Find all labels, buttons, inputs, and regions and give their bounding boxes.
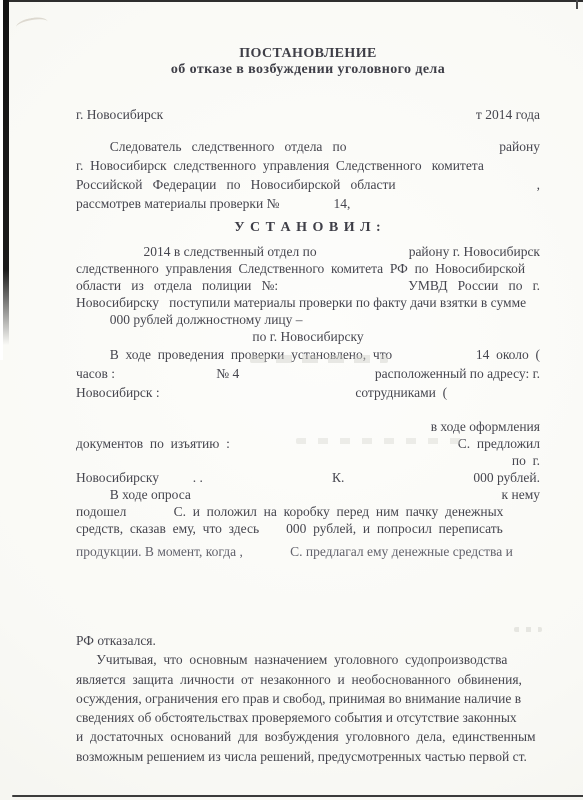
doc-line: 000 рублей должностному лицу – [76, 311, 540, 328]
document-subtitle: об отказе в возбуждении уголовного дела [76, 62, 540, 78]
doc-line: осуждения, ограничения его прав и свобод… [76, 689, 540, 708]
doc-line: является защита личности от незаконного … [76, 670, 540, 689]
doc-line: средств, сказав ему, что здесь 000 рубле… [76, 520, 540, 537]
doc-line-text: УМВД России по г. [408, 277, 540, 294]
preamble-paragraph: Следователь следственного отдела по райо… [76, 137, 540, 213]
doc-line: Российской Федерации по Новосибирской об… [76, 175, 540, 194]
doc-line-right: в ходе оформления [76, 418, 540, 435]
whiteout-ghost-mark [296, 438, 464, 444]
doc-line-text: Российской Федерации по Новосибирской об… [76, 175, 396, 194]
whiteout-ghost-mark [514, 627, 542, 632]
doc-line-text: району г. Новосибирск [409, 243, 540, 260]
document-place: г. Новосибирск [76, 105, 163, 124]
scanned-document-page: ПОСТАНОВЛЕНИЕ об отказе в возбуждении уг… [0, 0, 583, 800]
doc-line: подошел С. и положил на коробку перед ни… [76, 503, 540, 520]
document-title: ПОСТАНОВЛЕНИЕ [76, 46, 540, 62]
doc-line: сведениях об обстоятельствах проверяемог… [76, 708, 540, 727]
doc-line-text: Следователь следственного отдела по [76, 137, 347, 156]
doc-line-text: району [499, 137, 540, 156]
document-content: ПОСТАНОВЛЕНИЕ об отказе в возбуждении уг… [0, 0, 583, 766]
doc-line-text: К. [332, 469, 344, 486]
doc-line-text: В ходе опроса [76, 486, 191, 503]
whiteout-ghost-mark [250, 355, 388, 363]
doc-line: следственного управления Следственного к… [76, 260, 540, 277]
doc-line: РФ отказался. [76, 631, 540, 650]
doc-line: В ходе опроса к нему [76, 486, 540, 503]
doc-line-text: документов по изъятию : [76, 435, 230, 452]
doc-line: 2014 в следственный отдел по району г. Н… [76, 243, 540, 260]
doc-line: Следователь следственного отдела по райо… [76, 137, 540, 156]
doc-line-text: 14 около ( [476, 345, 540, 364]
doc-line: рассмотрев материалы проверки № 14, [76, 194, 540, 213]
doc-line-faded: продукции. В момент, когда , С. предлага… [76, 543, 540, 560]
doc-line-text: 000 рублей. [473, 469, 540, 486]
doc-line-text: к нему [502, 486, 540, 503]
document-date: т 2014 года [476, 105, 540, 124]
doc-line: г. Новосибирск следственного управления … [76, 156, 540, 175]
doc-line-text: часов : № 4 [76, 364, 239, 383]
doc-line: области из отдела полиции №: УМВД России… [76, 277, 540, 294]
doc-line-text: , [537, 175, 540, 194]
doc-line: возможным решением из числа решений, пре… [76, 747, 540, 766]
doc-line: Учитывая, что основным назначением уголо… [76, 650, 540, 669]
doc-line-text: области из отдела полиции №: [76, 277, 278, 294]
doc-line-text: 2014 в следственный отдел по [76, 243, 317, 260]
place-date-row: г. Новосибирск т 2014 года [76, 105, 540, 124]
doc-line: часов : № 4 расположенный по адресу: г. [76, 364, 540, 383]
scan-edge-left-strip [3, 0, 9, 345]
doc-line: Новосибирску . . К. 000 рублей. [76, 469, 540, 486]
doc-line: Новосибирск : сотрудниками ( [76, 383, 540, 402]
scan-edge-bottom [12, 795, 583, 797]
doc-line-centered: по г. Новосибирску [76, 328, 540, 345]
doc-line-right: по г. [76, 452, 540, 469]
intake-paragraph: 2014 в следственный отдел по району г. Н… [76, 243, 540, 345]
scan-edge-top [0, 0, 583, 2]
check-paragraph: В ходе проведения проверки установлено, … [76, 345, 540, 402]
resolved-heading: У С Т А Н О В И Л : [76, 218, 540, 237]
doc-line-text: Новосибирску . . [76, 469, 203, 486]
scan-edge-right-tick [576, 0, 578, 9]
document-title-block: ПОСТАНОВЛЕНИЕ об отказе в возбуждении уг… [76, 0, 540, 78]
doc-line: и достаточных оснований для возбуждения … [76, 727, 540, 746]
doc-line: Новосибирску поступили материалы проверк… [76, 294, 540, 311]
doc-line-text: С. предложил [458, 435, 540, 452]
doc-line-text: расположенный по адресу: г. [375, 364, 540, 383]
conclusion-paragraph: РФ отказался. Учитывая, что основным наз… [76, 631, 540, 766]
